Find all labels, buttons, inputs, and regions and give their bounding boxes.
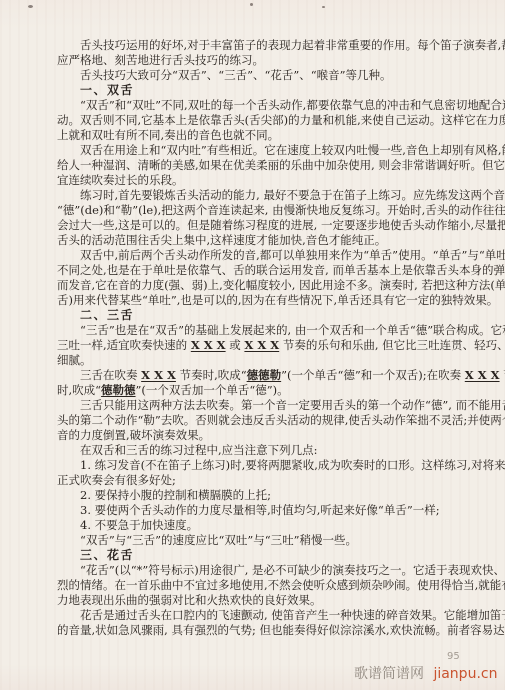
text-line: 给人一种湿润、清晰的美感,如果在优美柔丽的乐曲中加杂使用, 则会非常谐调好听。但… xyxy=(57,158,499,173)
text-segment: “德”(de)和“勒”(le),把这两个音连读起来, 由慢渐快地反复练习。开始时… xyxy=(57,203,505,217)
watermark-site-name: 歌谱简谱网 xyxy=(354,666,424,682)
page-number: 95 xyxy=(447,651,460,662)
text-segment: 在双舌和三舌的练习过程中,应当注意下列几点: xyxy=(80,443,318,457)
text-segment: 动。双舌则不同,它基本上是依靠舌头(舌尖部)的力量和机能,来使自己运动。这样它在… xyxy=(57,113,505,127)
text-segment: 细腻。 xyxy=(57,353,92,367)
text-segment: 双舌中,前后两个舌头动作所发的音,都可以单独用来作为“单舌”使用。“单舌”与“单… xyxy=(80,248,505,262)
text-segment: 力地表现出乐曲的强弱对比和火热欢快的良好效果。 xyxy=(57,593,322,607)
text-line: 三舌只能用这两种方法去吹奏。第一个音一定要用舌头的第一个动作“德”, 而不能用舌 xyxy=(57,398,499,413)
watermark-site-url: jianpu.cn xyxy=(433,666,497,682)
rhythm-notation: 德勒德 xyxy=(101,383,136,397)
text-segment: 音的力度倒置,破坏演奏效果。 xyxy=(57,428,210,442)
text-line: 细腻。 xyxy=(57,353,499,368)
text-line: 3. 要使两个舌头动作的力度尽量相等,时值均匀,听起来好像“单舌”一样; xyxy=(57,503,499,518)
document-page: 舌头技巧运用的好坏,对于丰富笛子的表现力起着非常重要的作用。每个笛子演奏者,都应… xyxy=(0,0,505,690)
text-line: “双舌”和“双吐”不同,双吐的每一个舌头动作,都要依靠气息的冲击和气息密切地配合… xyxy=(57,98,499,113)
text-segment: 的音量,状如急风骤雨, 具有强烈的气势; 但也能奏得好似淙淙溪水,欢快流畅。前者… xyxy=(57,623,505,637)
text-segment: 或 xyxy=(226,338,245,352)
text-segment: 不同之处,也是在于单吐是依靠气、舌的联合运用发音, 而单舌基本上是依靠舌头本身的… xyxy=(57,263,505,277)
text-segment: 应严格地、刻苦地进行舌头技巧的练习。 xyxy=(57,53,264,67)
text-segment: 4. 不要急于加快速度。 xyxy=(80,518,198,532)
rhythm-notation: X X X xyxy=(191,338,226,352)
text-line: 舌头技巧大致可分“双舌”、“三舌”、“花舌”、“喉音”等几种。 xyxy=(57,68,499,83)
text-line: 宜连续吹奏过长的乐段。 xyxy=(57,173,499,188)
text-line: 舌头的活动范围往舌尖上集中,这样速度才能加快,音色才能纯正。 xyxy=(57,233,499,248)
text-line: 不同之处,也是在于单吐是依靠气、舌的联合运用发音, 而单舌基本上是依靠舌头本身的… xyxy=(57,263,499,278)
scan-speck xyxy=(322,6,325,8)
text-segment: 三吐一样,适宜吹奏快速的 xyxy=(57,338,191,352)
text-line: 三吐一样,适宜吹奏快速的 X X X 或 X X X 节奏的乐句和乐曲, 但它比… xyxy=(57,338,499,353)
text-segment: 正式吹奏会有很多好处; xyxy=(57,473,176,487)
text-segment: 花舌是通过舌头在口腔内的飞速颤动, 使笛音产生一种快速的碎音效果。它能增加笛子 xyxy=(80,608,505,622)
text-line: 舌)用来代替某些“单吐”,也是可以的,因为在有些情况下,单舌还具有它一定的独特效… xyxy=(57,293,499,308)
text-segment: 宜连续吹奏过长的乐段。 xyxy=(57,173,184,187)
scan-speck xyxy=(250,3,253,6)
text-segment: 头的第二个动作“勒”去吹。否则就会违反舌头活动的规律,使舌头动作笨拙不灵活;并使… xyxy=(57,413,505,427)
text-line: 烈的情绪。在一首乐曲中不宜过多地使用,不然会使听众感到烦杂吵闹。使用得恰当,就能… xyxy=(57,578,499,593)
text-line: 花舌是通过舌头在口腔内的飞速颤动, 使笛音产生一种快速的碎音效果。它能增加笛子 xyxy=(57,608,499,623)
text-segment: 练习时,首先要锻炼舌头活动的能力, 最好不要急于在笛子上练习。应先练发这两个音: xyxy=(80,188,505,202)
text-segment: 烈的情绪。在一首乐曲中不宜过多地使用,不然会使听众感到烦杂吵闹。使用得恰当,就能… xyxy=(57,578,505,592)
text-segment: 舌头的活动范围往舌尖上集中,这样速度才能加快,音色才能纯正。 xyxy=(57,233,386,247)
text-segment: 而发音,它在音的力度(强、弱)上,变化幅度较小, 因此用途不多。演奏时, 若把这… xyxy=(57,278,505,292)
text-line: 时,吹成“德勒德”(一个双舌加一个单舌“德”)。 xyxy=(57,383,499,398)
text-line: 应严格地、刻苦地进行舌头技巧的练习。 xyxy=(57,53,499,68)
text-segment: 上就和双吐有所不同,奏出的音色也就不同。 xyxy=(57,128,279,142)
text-segment: 舌头技巧运用的好坏,对于丰富笛子的表现力起着非常重要的作用。每个笛子演奏者,都 xyxy=(80,38,505,52)
rhythm-notation: X X X xyxy=(465,368,500,382)
text-line: 双舌在用途上和“双内吐”有些相近。它在速度上较双内吐慢一些,音色上却别有风格,能 xyxy=(57,143,499,158)
section-heading: 二、三舌 xyxy=(57,308,499,323)
text-line: 三舌在吹奏 X X X 节奏时,吹成“德德勒”(一个单舌“德”和一个双舌);在吹… xyxy=(57,368,499,383)
text-segment: 二、三舌 xyxy=(80,308,134,322)
text-line: 在双舌和三舌的练习过程中,应当注意下列几点: xyxy=(57,443,499,458)
text-segment: “双舌”与“三舌”的速度应比“双吐”与“三吐”稍慢一些。 xyxy=(80,533,357,547)
text-line: 2. 要保持小腹的控制和横膈膜的上托; xyxy=(57,488,499,503)
text-line: 4. 不要急于加快速度。 xyxy=(57,518,499,533)
text-segment: “三舌”也是在“双舌”的基础上发展起来的, 由一个双舌和一个单舌“德”联合构成。… xyxy=(80,323,505,337)
text-line: 正式吹奏会有很多好处; xyxy=(57,473,499,488)
text-segment: 给人一种湿润、清晰的美感,如果在优美柔丽的乐曲中加杂使用, 则会非常谐调好听。但… xyxy=(57,158,505,172)
text-segment: 节奏时,吹成“ xyxy=(176,368,247,382)
watermark: 歌谱简谱网 jianpu.cn xyxy=(354,663,497,683)
text-segment: 舌头技巧大致可分“双舌”、“三舌”、“花舌”、“喉音”等几种。 xyxy=(80,68,392,82)
text-segment: 三、花舌 xyxy=(80,548,134,562)
text-segment: 1. 练习发音(不在笛子上练习)时,要将两腮紧收,成为吹奏时的口形。这样练习,对… xyxy=(80,458,505,472)
text-line: 上就和双吐有所不同,奏出的音色也就不同。 xyxy=(57,128,499,143)
text-line: 音的力度倒置,破坏演奏效果。 xyxy=(57,428,499,443)
text-line: 舌头技巧运用的好坏,对于丰富笛子的表现力起着非常重要的作用。每个笛子演奏者,都 xyxy=(57,38,499,53)
text-line: “三舌”也是在“双舌”的基础上发展起来的, 由一个双舌和一个单舌“德”联合构成。… xyxy=(57,323,499,338)
text-line: 练习时,首先要锻炼舌头活动的能力, 最好不要急于在笛子上练习。应先练发这两个音: xyxy=(57,188,499,203)
text-segment: 一、双舌 xyxy=(80,83,134,97)
text-column: 舌头技巧运用的好坏,对于丰富笛子的表现力起着非常重要的作用。每个笛子演奏者,都应… xyxy=(57,38,499,638)
text-segment: 三舌只能用这两种方法去吹奏。第一个音一定要用舌头的第一个动作“德”, 而不能用舌 xyxy=(80,398,505,412)
text-line: “德”(de)和“勒”(le),把这两个音连读起来, 由慢渐快地反复练习。开始时… xyxy=(57,203,499,218)
scan-speck xyxy=(28,5,33,8)
text-line: 动。双舌则不同,它基本上是依靠舌头(舌尖部)的力量和机能,来使自己运动。这样它在… xyxy=(57,113,499,128)
text-segment: 双舌在用途上和“双内吐”有些相近。它在速度上较双内吐慢一些,音色上却别有风格,能 xyxy=(80,143,505,157)
text-line: “双舌”与“三舌”的速度应比“双吐”与“三吐”稍慢一些。 xyxy=(57,533,499,548)
text-segment: 2. 要保持小腹的控制和横膈膜的上托; xyxy=(80,488,271,502)
section-heading: 三、花舌 xyxy=(57,548,499,563)
text-segment: 3. 要使两个舌头动作的力度尽量相等,时值均匀,听起来好像“单舌”一样; xyxy=(80,503,440,517)
text-segment: 时,吹成“ xyxy=(57,383,101,397)
text-segment: 三舌在吹奏 xyxy=(80,368,141,382)
text-segment: 舌)用来代替某些“单吐”,也是可以的,因为在有些情况下,单舌还具有它一定的独特效… xyxy=(57,293,498,307)
section-heading: 一、双舌 xyxy=(57,83,499,98)
text-line: 1. 练习发音(不在笛子上练习)时,要将两腮紧收,成为吹奏时的口形。这样练习,对… xyxy=(57,458,499,473)
rhythm-notation: X X X xyxy=(141,368,176,382)
text-line: 力地表现出乐曲的强弱对比和火热欢快的良好效果。 xyxy=(57,593,499,608)
text-line: 头的第二个动作“勒”去吹。否则就会违反舌头活动的规律,使舌头动作笨拙不灵活;并使… xyxy=(57,413,499,428)
text-segment: 会过大一些,这是可以的。但是随着练习程度的进展, 一定要逐步地使舌头动作缩小,尽… xyxy=(57,218,505,232)
text-segment: 节奏 xyxy=(500,368,505,382)
rhythm-notation: 德德勒 xyxy=(247,368,282,382)
text-segment: “花舌”(以“*”符号标示)用途很广, 是必不可缺少的演奏技巧之一。它适于表现欢… xyxy=(80,563,505,577)
text-segment: “双舌”和“双吐”不同,双吐的每一个舌头动作,都要依靠气息的冲击和气息密切地配合… xyxy=(80,98,505,112)
text-line: “花舌”(以“*”符号标示)用途很广, 是必不可缺少的演奏技巧之一。它适于表现欢… xyxy=(57,563,499,578)
text-line: 双舌中,前后两个舌头动作所发的音,都可以单独用来作为“单舌”使用。“单舌”与“单… xyxy=(57,248,499,263)
text-segment: ”(一个单舌“德”和一个双舌);在吹奏 xyxy=(281,368,465,382)
text-line: 的音量,状如急风骤雨, 具有强烈的气势; 但也能奏得好似淙淙溪水,欢快流畅。前者… xyxy=(57,623,499,638)
rhythm-notation: X X X xyxy=(244,338,279,352)
text-line: 而发音,它在音的力度(强、弱)上,变化幅度较小, 因此用途不多。演奏时, 若把这… xyxy=(57,278,499,293)
text-segment: 节奏的乐句和乐曲, 但它比三吐连贯、轻巧、湿润、 xyxy=(279,338,505,352)
text-line: 会过大一些,这是可以的。但是随着练习程度的进展, 一定要逐步地使舌头动作缩小,尽… xyxy=(57,218,499,233)
text-segment: ”(一个双舌加一个单舌“德”)。 xyxy=(136,383,289,397)
